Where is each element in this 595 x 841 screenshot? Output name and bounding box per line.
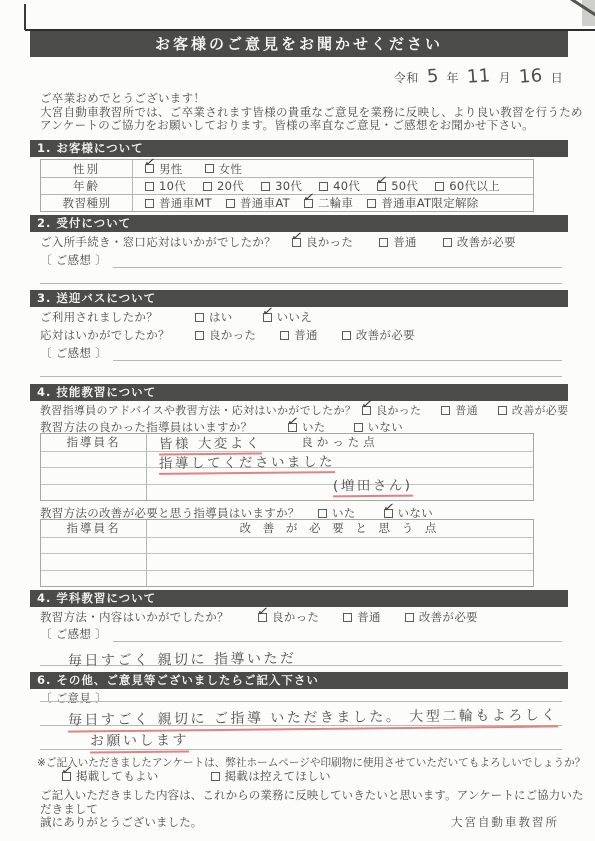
- age-option-40s[interactable]: 40代: [319, 178, 360, 194]
- bus-comment-line-1: [113, 347, 562, 361]
- other-comment-line-1: [40, 688, 562, 702]
- bus-option-normal[interactable]: 普通: [280, 327, 318, 343]
- check-mark-icon: ✓: [143, 155, 157, 171]
- lecture-option-normal[interactable]: 普通: [343, 609, 381, 625]
- intro-line-1: ご卒業おめでとうございます！: [40, 92, 583, 106]
- checkbox-20s[interactable]: [203, 182, 212, 191]
- course-option-motorcycle[interactable]: ✓ 二輪車: [304, 195, 353, 211]
- check-mark-icon: ✓: [60, 763, 74, 779]
- section4-lecture-header: 4. 学科教習について: [30, 590, 568, 607]
- section6-header: 6. その他、ご意見等ございましたらご記入下さい: [30, 672, 568, 689]
- closing-line-1: ご記入いただきました内容は、これからの業務に反映していきたいと思います。アンケー…: [40, 789, 595, 816]
- good-table-name-header: 指導員名: [41, 434, 147, 451]
- checkbox-60s-plus[interactable]: [435, 182, 444, 191]
- checkbox-40s[interactable]: [319, 182, 328, 191]
- section1-title: 1. お客様について: [37, 141, 144, 155]
- lecture-option-improve[interactable]: 改善が必要: [405, 609, 478, 625]
- section4-lecture-title: 4. 学科教習について: [37, 591, 156, 605]
- bus-comment-row: 〔 ご感想 〕: [40, 345, 562, 361]
- publish-option-decline[interactable]: 掲載は控えてほしい: [211, 768, 331, 784]
- checkbox-at-limited[interactable]: [367, 199, 376, 208]
- age-option-10s[interactable]: 10代: [145, 178, 186, 194]
- checkbox-10s[interactable]: [145, 182, 154, 191]
- reception-comment-row: 〔 ご感想 〕: [40, 252, 562, 268]
- check-mark-icon: ✓: [302, 190, 316, 206]
- reception-question-row: ご入所手続き・窓口応対はいかがでしたか？ ✓ 良かった 普通 改善が必要: [40, 234, 516, 250]
- checkbox-publish-allow-checked[interactable]: ✓: [62, 772, 71, 781]
- bus-option-yes[interactable]: はい: [195, 309, 233, 325]
- checkbox-car-mt[interactable]: [145, 199, 154, 208]
- course-type-row-label: 教習種別: [41, 195, 133, 211]
- bus-used-question: ご利用されましたか？: [40, 309, 180, 325]
- check-mark-icon: ✓: [286, 414, 300, 430]
- section4-skill-title: 4. 技能教習について: [37, 385, 156, 399]
- course-option-at-limited[interactable]: 普通車AT限定解除: [367, 195, 478, 211]
- check-mark-icon: ✓: [256, 604, 270, 620]
- check-mark-icon: ✓: [381, 500, 395, 516]
- good-table-row-3[interactable]: [41, 484, 533, 501]
- reception-option-good[interactable]: ✓ 良かった: [292, 234, 353, 250]
- improve-table-row-2[interactable]: [41, 553, 533, 570]
- form-title: お客様のご意見をお聞かせください: [155, 35, 443, 53]
- bus-option-good[interactable]: 良かった: [195, 327, 256, 343]
- section1-header: 1. お客様について: [30, 140, 568, 157]
- intro-line-2: 大宮自動車教習所では、ご卒業されます皆様の貴重なご意見を業務に反映し、より良い教…: [40, 106, 583, 120]
- checkbox-30s[interactable]: [261, 182, 270, 191]
- bus-option-improve[interactable]: 改善が必要: [342, 327, 415, 343]
- lecture-option-good[interactable]: ✓ 良かった: [258, 609, 319, 625]
- course-option-at[interactable]: 普通車AT: [226, 195, 290, 211]
- check-mark-icon: ✓: [260, 304, 274, 320]
- skill-advice-question: 教習指導員のアドバイスや教習方法・応対はいかがでしたか？: [40, 402, 356, 418]
- skill-option-good[interactable]: ✓ 良かった: [362, 402, 421, 418]
- bus-service-question-row: 応対はいかがでしたか？ 良かった 普通 改善が必要: [40, 327, 415, 343]
- checkbox-bus-normal[interactable]: [280, 331, 289, 340]
- checkbox-reception-good-checked[interactable]: ✓: [292, 238, 301, 247]
- checkbox-lecture-good-checked[interactable]: ✓: [258, 613, 267, 622]
- checkbox-improve-instructor-yes[interactable]: [318, 509, 327, 518]
- course-option-mt[interactable]: 普通車MT: [145, 195, 212, 211]
- check-mark-icon: ✓: [290, 229, 304, 245]
- checkbox-50s-checked[interactable]: ✓: [377, 182, 386, 191]
- bus-service-question: 応対はいかがでしたか？: [40, 327, 180, 343]
- age-option-20s[interactable]: 20代: [203, 178, 244, 194]
- course-type-row: 教習種別 普通車MT 普通車AT ✓ 二輪車 普通車AT限定解除: [41, 194, 533, 211]
- improve-table-row-1[interactable]: [41, 537, 533, 554]
- checkbox-bus-improve[interactable]: [342, 331, 351, 340]
- checkbox-lecture-normal[interactable]: [343, 613, 352, 622]
- checkbox-male-checked[interactable]: ✓: [145, 164, 154, 173]
- bus-used-question-row: ご利用されましたか？ はい ✓ いいえ: [40, 309, 312, 325]
- date-year-unit: 年: [447, 71, 459, 85]
- reception-question: ご入所手続き・窓口応対はいかがでしたか？: [40, 234, 276, 250]
- other-comment-line-3: お願いします: [40, 726, 562, 750]
- improve-table-name-header: 指導員名: [41, 520, 147, 537]
- checkbox-good-instructor-no[interactable]: [354, 423, 363, 432]
- reception-option-normal[interactable]: 普通: [379, 234, 417, 250]
- section2-title: 2. 受付について: [37, 216, 131, 230]
- date-year-value: 5: [422, 65, 443, 87]
- date-day-unit: 日: [551, 71, 563, 85]
- gender-row-label: 性別: [41, 160, 133, 177]
- checkbox-publish-decline[interactable]: [211, 772, 220, 781]
- publish-option-allow[interactable]: ✓ 掲載してもよい: [62, 768, 159, 784]
- skill-option-improve[interactable]: 改善が必要: [498, 402, 569, 418]
- intro-line-3: アンケートのご協力をお願いしております。皆様の率直なご意見・ご感想をお聞かせ下さ…: [40, 119, 583, 133]
- reception-comment-line-1: [113, 254, 562, 268]
- section6-title: 6. その他、ご意見等ございましたらご記入下さい: [37, 673, 319, 687]
- improve-table-header-row: 指導員名 改 善 が 必 要 と 思 う 点: [41, 520, 533, 537]
- checkbox-bus-good[interactable]: [195, 331, 204, 340]
- checkbox-reception-normal[interactable]: [379, 238, 388, 247]
- bus-comment-line-2: [40, 361, 562, 377]
- school-signature: 大宮自動車教習所: [451, 814, 559, 830]
- age-option-30s[interactable]: 30代: [261, 178, 302, 194]
- good-instructor-table: 指導員名 良かった点 皆様 大変よく 指導してくださいました (増田さん): [40, 433, 534, 501]
- reception-option-improve[interactable]: 改善が必要: [443, 234, 516, 250]
- gender-row: 性別 ✓ 男性 女性: [41, 160, 533, 177]
- date-month-unit: 月: [499, 71, 511, 85]
- reception-comment-label: 〔 ご感想 〕: [40, 252, 107, 268]
- checkbox-skill-normal[interactable]: [441, 406, 450, 415]
- section3-title: 3. 送迎バスについて: [37, 291, 156, 305]
- checkbox-improve-instructor-no-checked[interactable]: ✓: [384, 509, 393, 518]
- age-row-label: 年齢: [41, 178, 133, 194]
- gender-option-male[interactable]: ✓ 男性: [145, 161, 183, 177]
- checkbox-skill-improve[interactable]: [498, 406, 507, 415]
- checkbox-reception-improve[interactable]: [443, 238, 452, 247]
- checkbox-motorcycle-checked[interactable]: ✓: [304, 199, 313, 208]
- checkbox-bus-no-checked[interactable]: ✓: [263, 313, 272, 322]
- checkbox-female[interactable]: [205, 164, 214, 173]
- skill-advice-question-row: 教習指導員のアドバイスや教習方法・応対はいかがでしたか？ ✓ 良かった 普通 改…: [40, 402, 568, 418]
- good-table-header-row: 指導員名 良かった点: [41, 434, 533, 451]
- other-comment-line-2: 毎日すごく 親切に ご指導 いただきました。 大型二輪もよろしく: [40, 702, 562, 726]
- improve-table-row-3[interactable]: [41, 570, 533, 587]
- age-option-50s[interactable]: ✓ 50代: [377, 178, 418, 194]
- check-mark-icon: ✓: [360, 397, 374, 413]
- check-mark-icon: ✓: [375, 173, 389, 189]
- form-title-bar: お客様のご意見をお聞かせください: [30, 31, 568, 57]
- age-row: 年齢 10代 20代 30代 40代: [41, 177, 533, 194]
- handwritten-good-point-line-2: 指導してくださいました: [159, 450, 335, 475]
- date-month-value: 11: [462, 65, 495, 88]
- date-line: 令和 5 年 11 月 16 日: [394, 66, 563, 87]
- lecture-comment-row: 〔 ご感想 〕: [40, 626, 562, 642]
- improve-table-point-header: 改 善 が 必 要 と 思 う 点: [147, 520, 533, 537]
- bus-comment-label: 〔 ご感想 〕: [40, 345, 107, 361]
- skill-option-normal[interactable]: 普通: [441, 402, 478, 418]
- checkbox-skill-good-checked[interactable]: ✓: [362, 406, 371, 415]
- gender-option-female[interactable]: 女性: [205, 161, 243, 177]
- date-day-value: 16: [514, 65, 547, 88]
- lecture-comment-line-2: 毎日すごく 親切に 指導いただ: [40, 642, 562, 666]
- intro-paragraph: ご卒業おめでとうございます！ 大宮自動車教習所では、ご卒業されます皆様の貴重なご…: [40, 92, 583, 133]
- questionnaire-scan-page: お客様のご意見をお聞かせください 令和 5 年 11 月 16 日 ご卒業おめで…: [0, 0, 595, 841]
- section3-header: 3. 送迎バスについて: [30, 290, 568, 307]
- handwritten-good-point-line-3: (増田さん): [333, 474, 413, 498]
- lecture-comment-line-1: [113, 628, 562, 642]
- checkbox-bus-yes[interactable]: [195, 313, 204, 322]
- handwritten-lecture-comment: 毎日すごく 親切に 指導いただ: [68, 648, 297, 670]
- section4-skill-header: 4. 技能教習について: [30, 384, 568, 401]
- age-option-60s-plus[interactable]: 60代以上: [435, 178, 500, 194]
- customer-info-table: 性別 ✓ 男性 女性 年齢 10代: [40, 159, 534, 212]
- improve-instructor-table: 指導員名 改 善 が 必 要 と 思 う 点: [40, 519, 534, 587]
- checkbox-good-instructor-yes-checked[interactable]: ✓: [288, 423, 297, 432]
- checkbox-car-at[interactable]: [226, 199, 235, 208]
- publish-options-row: ✓ 掲載してもよい 掲載は控えてほしい: [62, 768, 331, 784]
- reception-comment-line-2: [40, 268, 562, 284]
- handwritten-other-comment-2: お願いします: [90, 729, 189, 753]
- lecture-question: 教習方法・内容はいかがでしたか？: [40, 609, 258, 625]
- bus-option-no[interactable]: ✓ いいえ: [263, 309, 312, 325]
- lecture-question-row: 教習方法・内容はいかがでしたか？ ✓ 良かった 普通 改善が必要: [40, 609, 478, 625]
- scan-artifact-left-line: [24, 4, 26, 30]
- checkbox-lecture-improve[interactable]: [405, 613, 414, 622]
- lecture-comment-label: 〔 ご感想 〕: [40, 626, 107, 642]
- date-era-label: 令和: [394, 71, 419, 85]
